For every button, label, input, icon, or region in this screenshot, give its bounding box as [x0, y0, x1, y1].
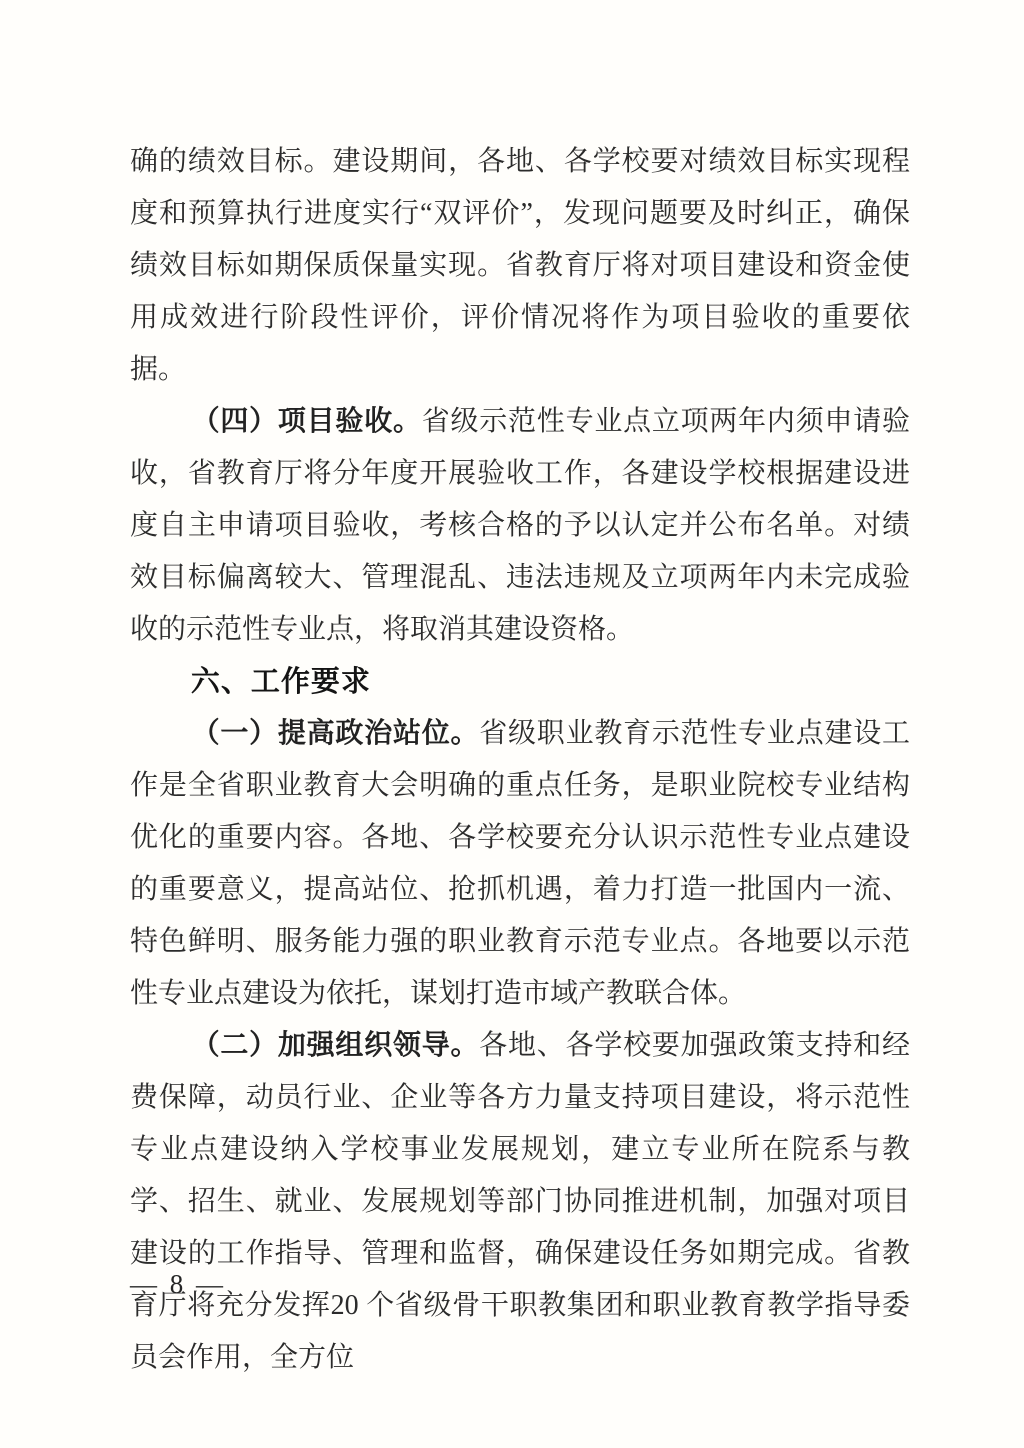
paragraph-project-acceptance: （四）项目验收。省级示范性专业点立项两年内须申请验收，省教育厅将分年度开展验收工… — [130, 396, 910, 656]
paragraph-lead-item-four: （四）项目验收。 — [192, 406, 422, 437]
document-page: 确的绩效目标。建设期间，各地、各学校要对绩效目标实现程度和预算执行进度实行“双评… — [0, 0, 1024, 1448]
paragraph-organizational-leadership: （二）加强组织领导。各地、各学校要加强政策支持和经费保障，动员行业、企业等各方力… — [130, 1020, 910, 1384]
section-heading-work-requirements: 六、工作要求 — [130, 656, 910, 708]
paragraph-lead-item-two: （二）加强组织领导。 — [192, 1030, 480, 1061]
paragraph-text: 省级职业教育示范性专业点建设工作是全省职业教育大会明确的重点任务，是职业院校专业… — [130, 718, 910, 1009]
paragraph-performance-evaluation-continuation: 确的绩效目标。建设期间，各地、各学校要对绩效目标实现程度和预算执行进度实行“双评… — [130, 136, 910, 396]
paragraph-lead-item-one: （一）提高政治站位。 — [192, 718, 480, 749]
paragraph-text: 省级示范性专业点立项两年内须申请验收，省教育厅将分年度开展验收工作，各建设学校根… — [130, 406, 910, 645]
paragraph-text: 各地、各学校要加强政策支持和经费保障，动员行业、企业等各方力量支持项目建设，将示… — [130, 1030, 910, 1373]
paragraph-text: 确的绩效目标。建设期间，各地、各学校要对绩效目标实现程度和预算执行进度实行“双评… — [130, 146, 910, 385]
paragraph-political-positioning: （一）提高政治站位。省级职业教育示范性专业点建设工作是全省职业教育大会明确的重点… — [130, 708, 910, 1020]
document-body: 确的绩效目标。建设期间，各地、各学校要对绩效目标实现程度和预算执行进度实行“双评… — [130, 136, 910, 1384]
page-number: — 8 — — [130, 1264, 226, 1304]
